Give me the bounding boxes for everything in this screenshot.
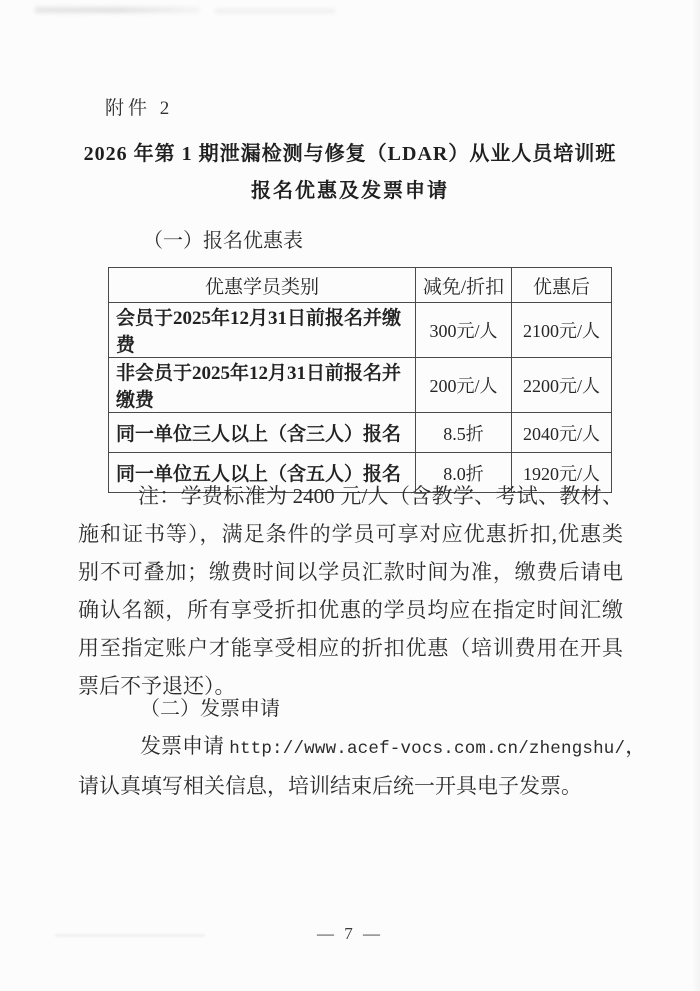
- note-paragraph: 注：学费标准为 2400 元/人（含教学、考试、教材、设 施和证书等），满足条件…: [78, 477, 623, 705]
- table-header-price: 优惠后: [512, 268, 612, 303]
- note-line: 确认名额，所有享受折扣优惠的学员均应在指定时间汇缴费: [78, 591, 623, 629]
- section-2-heading: （二）发票申请: [140, 692, 280, 721]
- table-header-discount: 减免/折扣: [416, 268, 512, 303]
- document-title-line-1: 2026 年第 1 期泄漏检测与修复（LDAR）从业人员培训班: [0, 137, 700, 166]
- note-line: 施和证书等），满足条件的学员可享对应优惠折扣,优惠类: [78, 515, 623, 553]
- note-line: 用至指定账户才能享受相应的折扣优惠（培训费用在开具发: [78, 629, 623, 667]
- note-line: 注：学费标准为 2400 元/人（含教学、考试、教材、设: [78, 477, 623, 515]
- price-cell: 2100元/人: [512, 303, 612, 358]
- invoice-paragraph-line-1: 发票申请 http://www.acef-vocs.com.cn/zhengsh…: [78, 731, 626, 764]
- document-page: 附件 2 2026 年第 1 期泄漏检测与修复（LDAR）从业人员培训班 报名优…: [0, 0, 700, 991]
- price-cell: 2200元/人: [512, 358, 612, 413]
- section-1-heading: （一）报名优惠表: [143, 224, 303, 253]
- note-line: 别不可叠加；缴费时间以学员汇款时间为准，缴费后请电话: [78, 553, 623, 591]
- invoice-text-prefix: 发票申请: [140, 734, 229, 758]
- table-row: 同一单位三人以上（含三人）报名 8.5折 2040元/人: [109, 413, 612, 453]
- discount-cell: 300元/人: [416, 303, 512, 358]
- page-number: — 7 —: [0, 924, 700, 944]
- table-header-category: 优惠学员类别: [109, 268, 416, 303]
- attachment-label: 附件 2: [105, 93, 173, 120]
- price-cell: 2040元/人: [512, 413, 612, 453]
- discount-cell: 200元/人: [416, 358, 512, 413]
- discount-table: 优惠学员类别 减免/折扣 优惠后 会员于2025年12月31日前报名并缴费 30…: [108, 267, 612, 493]
- table-row: 会员于2025年12月31日前报名并缴费 300元/人 2100元/人: [109, 303, 612, 358]
- table-header-row: 优惠学员类别 减免/折扣 优惠后: [109, 268, 612, 303]
- invoice-url: http://www.acef-vocs.com.cn/zhengshu/: [229, 739, 625, 759]
- scan-artifact-top-center: [215, 9, 335, 13]
- scan-artifact-top-left: [35, 7, 200, 13]
- invoice-text-suffix: ，: [625, 734, 646, 758]
- invoice-paragraph-line-2: 请认真填写相关信息，培训结束后统一开具电子发票。: [78, 771, 626, 801]
- table-row: 非会员于2025年12月31日前报名并缴费 200元/人 2200元/人: [109, 358, 612, 413]
- discount-cell: 8.5折: [416, 413, 512, 453]
- category-cell: 非会员于2025年12月31日前报名并缴费: [109, 358, 416, 413]
- category-cell: 同一单位三人以上（含三人）报名: [109, 413, 416, 453]
- category-cell: 会员于2025年12月31日前报名并缴费: [109, 303, 416, 358]
- document-title-line-2: 报名优惠及发票申请: [0, 174, 700, 203]
